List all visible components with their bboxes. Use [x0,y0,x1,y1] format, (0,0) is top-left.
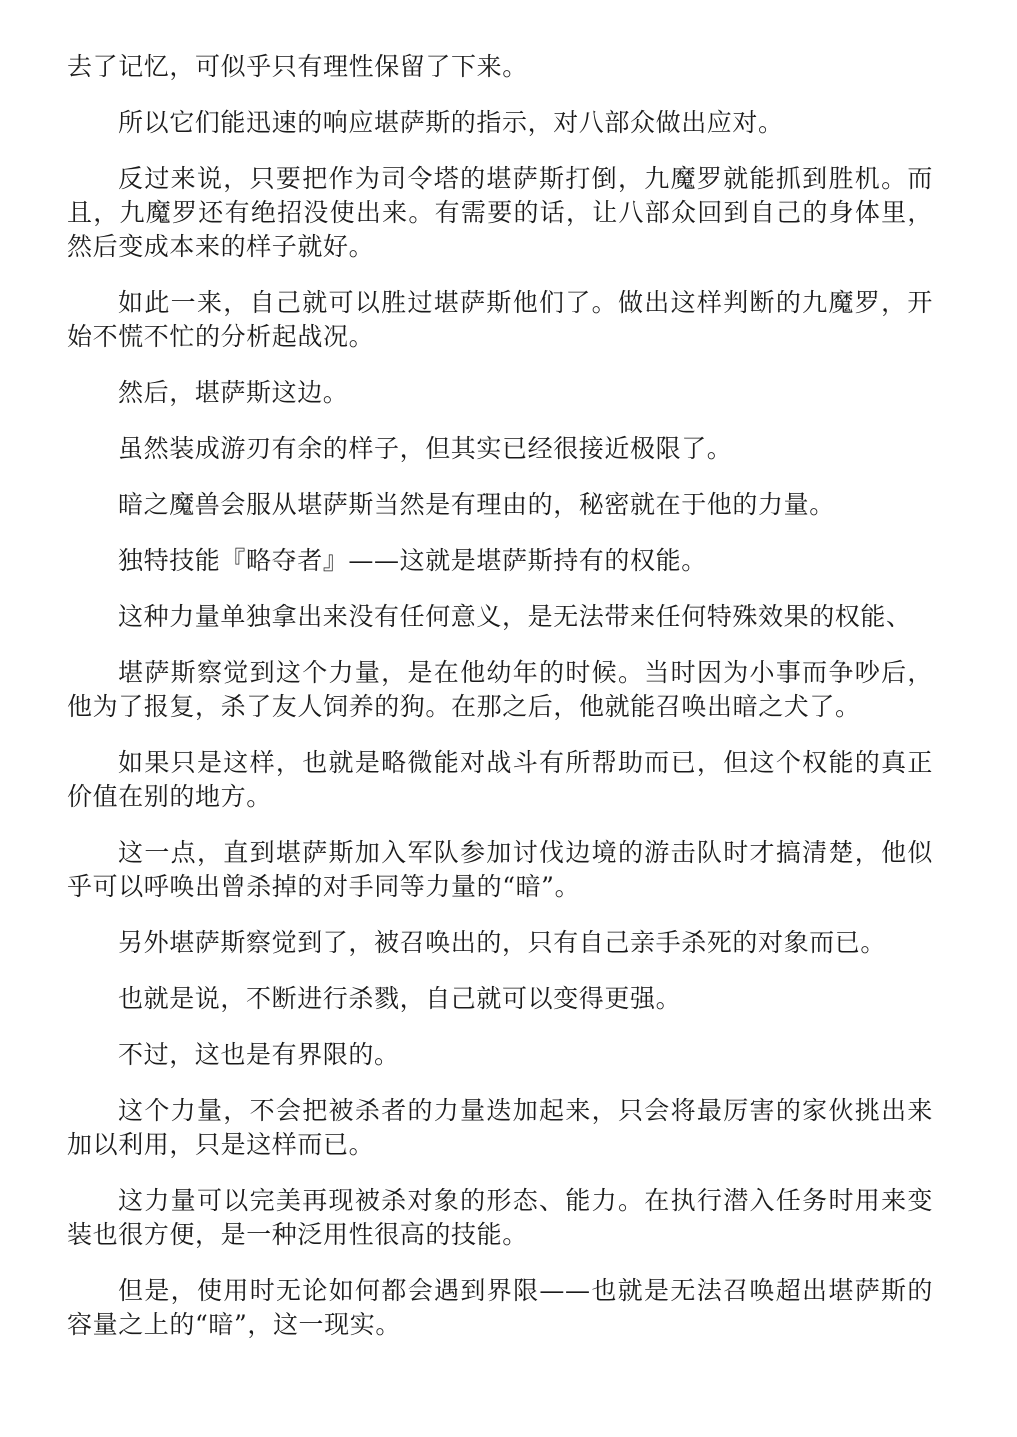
paragraph-7: 暗之魔兽会服从堪萨斯当然是有理由的，秘密就在于他的力量。 [67,488,933,522]
paragraph-2: 所以它们能迅速的响应堪萨斯的指示，对八部众做出应对。 [67,106,933,140]
paragraph-1: 去了记忆，可似乎只有理性保留了下来。 [67,50,933,84]
paragraph-14: 也就是说，不断进行杀戮，自己就可以变得更强。 [67,982,933,1016]
paragraph-6: 虽然装成游刃有余的样子，但其实已经很接近极限了。 [67,432,933,466]
paragraph-10: 堪萨斯察觉到这个力量，是在他幼年的时候。当时因为小事而争吵后，他为了报复，杀了友… [67,656,933,724]
paragraph-11: 如果只是这样，也就是略微能对战斗有所帮助而已，但这个权能的真正价值在别的地方。 [67,746,933,814]
paragraph-3: 反过来说，只要把作为司令塔的堪萨斯打倒，九魔罗就能抓到胜机。而且，九魔罗还有绝招… [67,162,933,264]
paragraph-13: 另外堪萨斯察觉到了，被召唤出的，只有自己亲手杀死的对象而已。 [67,926,933,960]
paragraph-5: 然后，堪萨斯这边。 [67,376,933,410]
paragraph-9: 这种力量单独拿出来没有任何意义，是无法带来任何特殊效果的权能、 [67,600,933,634]
paragraph-15: 不过，这也是有界限的。 [67,1038,933,1072]
paragraph-16: 这个力量，不会把被杀者的力量迭加起来，只会将最厉害的家伙挑出来加以利用，只是这样… [67,1094,933,1162]
paragraph-18: 但是，使用时无论如何都会遇到界限——也就是无法召唤超出堪萨斯的容量之上的“暗”，… [67,1274,933,1342]
paragraph-8: 独特技能『略夺者』——这就是堪萨斯持有的权能。 [67,544,933,578]
paragraph-17: 这力量可以完美再现被杀对象的形态、能力。在执行潜入任务时用来变装也很方便，是一种… [67,1184,933,1252]
paragraph-12: 这一点，直到堪萨斯加入军队参加讨伐边境的游击队时才搞清楚，他似乎可以呼唤出曾杀掉… [67,836,933,904]
document-page: 去了记忆，可似乎只有理性保留了下来。 所以它们能迅速的响应堪萨斯的指示，对八部众… [67,50,933,1364]
paragraph-4: 如此一来，自己就可以胜过堪萨斯他们了。做出这样判断的九魔罗，开始不慌不忙的分析起… [67,286,933,354]
